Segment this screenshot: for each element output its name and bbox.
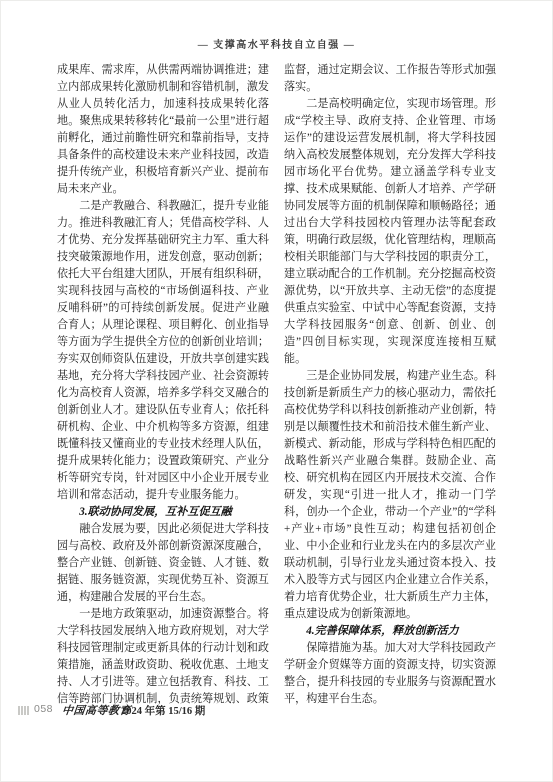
text-column-right: 监督，通过定期会议、工作报告等形式加强落实。二是高校明确定位，实现市场管理。形成…	[284, 62, 496, 708]
paragraph: 二是产教融合、科教融汇，提升专业能力。推进科教融汇育人；凭借高校学科、人才优势、…	[57, 198, 269, 504]
barcode-icon	[18, 706, 30, 715]
paragraph: 保障措施为基。加大对大学科技园政产学研金介贸媒等方面的资源支持，切实资源整合，提…	[284, 640, 496, 708]
paragraph: 三是企业协同发展，构建产业生态。科技创新是新质生产力的核心驱动力，需依托高校优势…	[284, 368, 496, 623]
paragraph: 成果库、需求库，从供需两端协调推进；建立内部成果转化激励机制和容错机制，激发从业…	[57, 62, 269, 198]
page-footer: 058 中国高等教育 | 2024 年第 15/16 期	[0, 702, 553, 722]
footer-separator: |	[114, 702, 116, 713]
running-head: — 支撑高水平科技自立自强 —	[0, 36, 553, 51]
paragraph: 一是地方政策驱动，加速资源整合。将大学科技园发展纳入地方政府规划，对大学科技园管…	[57, 606, 269, 708]
page-number: 058	[34, 703, 53, 715]
journal-page: — 支撑高水平科技自立自强 — 成果库、需求库，从供需两端协调推进；建立内部成果…	[0, 0, 553, 782]
paragraph: 监督，通过定期会议、工作报告等形式加强落实。	[284, 62, 496, 96]
paragraph: 融合发展为要，因此必须促进大学科技园与高校、政府及外部创新资源深度融合，整合产业…	[57, 521, 269, 606]
issue-info: 2024 年第 15/16 期	[121, 703, 205, 718]
text-column-left: 成果库、需求库，从供需两端协调推进；建立内部成果转化激励机制和容错机制，激发从业…	[57, 62, 269, 708]
section-heading: 3.联动协同发展，互补互促互融	[57, 504, 269, 521]
section-heading: 4.完善保障体系，释放创新活力	[284, 623, 496, 640]
paragraph: 二是高校明确定位，实现市场管理。形成“学校主导、政府支持、企业管理、市场运作”的…	[284, 96, 496, 368]
